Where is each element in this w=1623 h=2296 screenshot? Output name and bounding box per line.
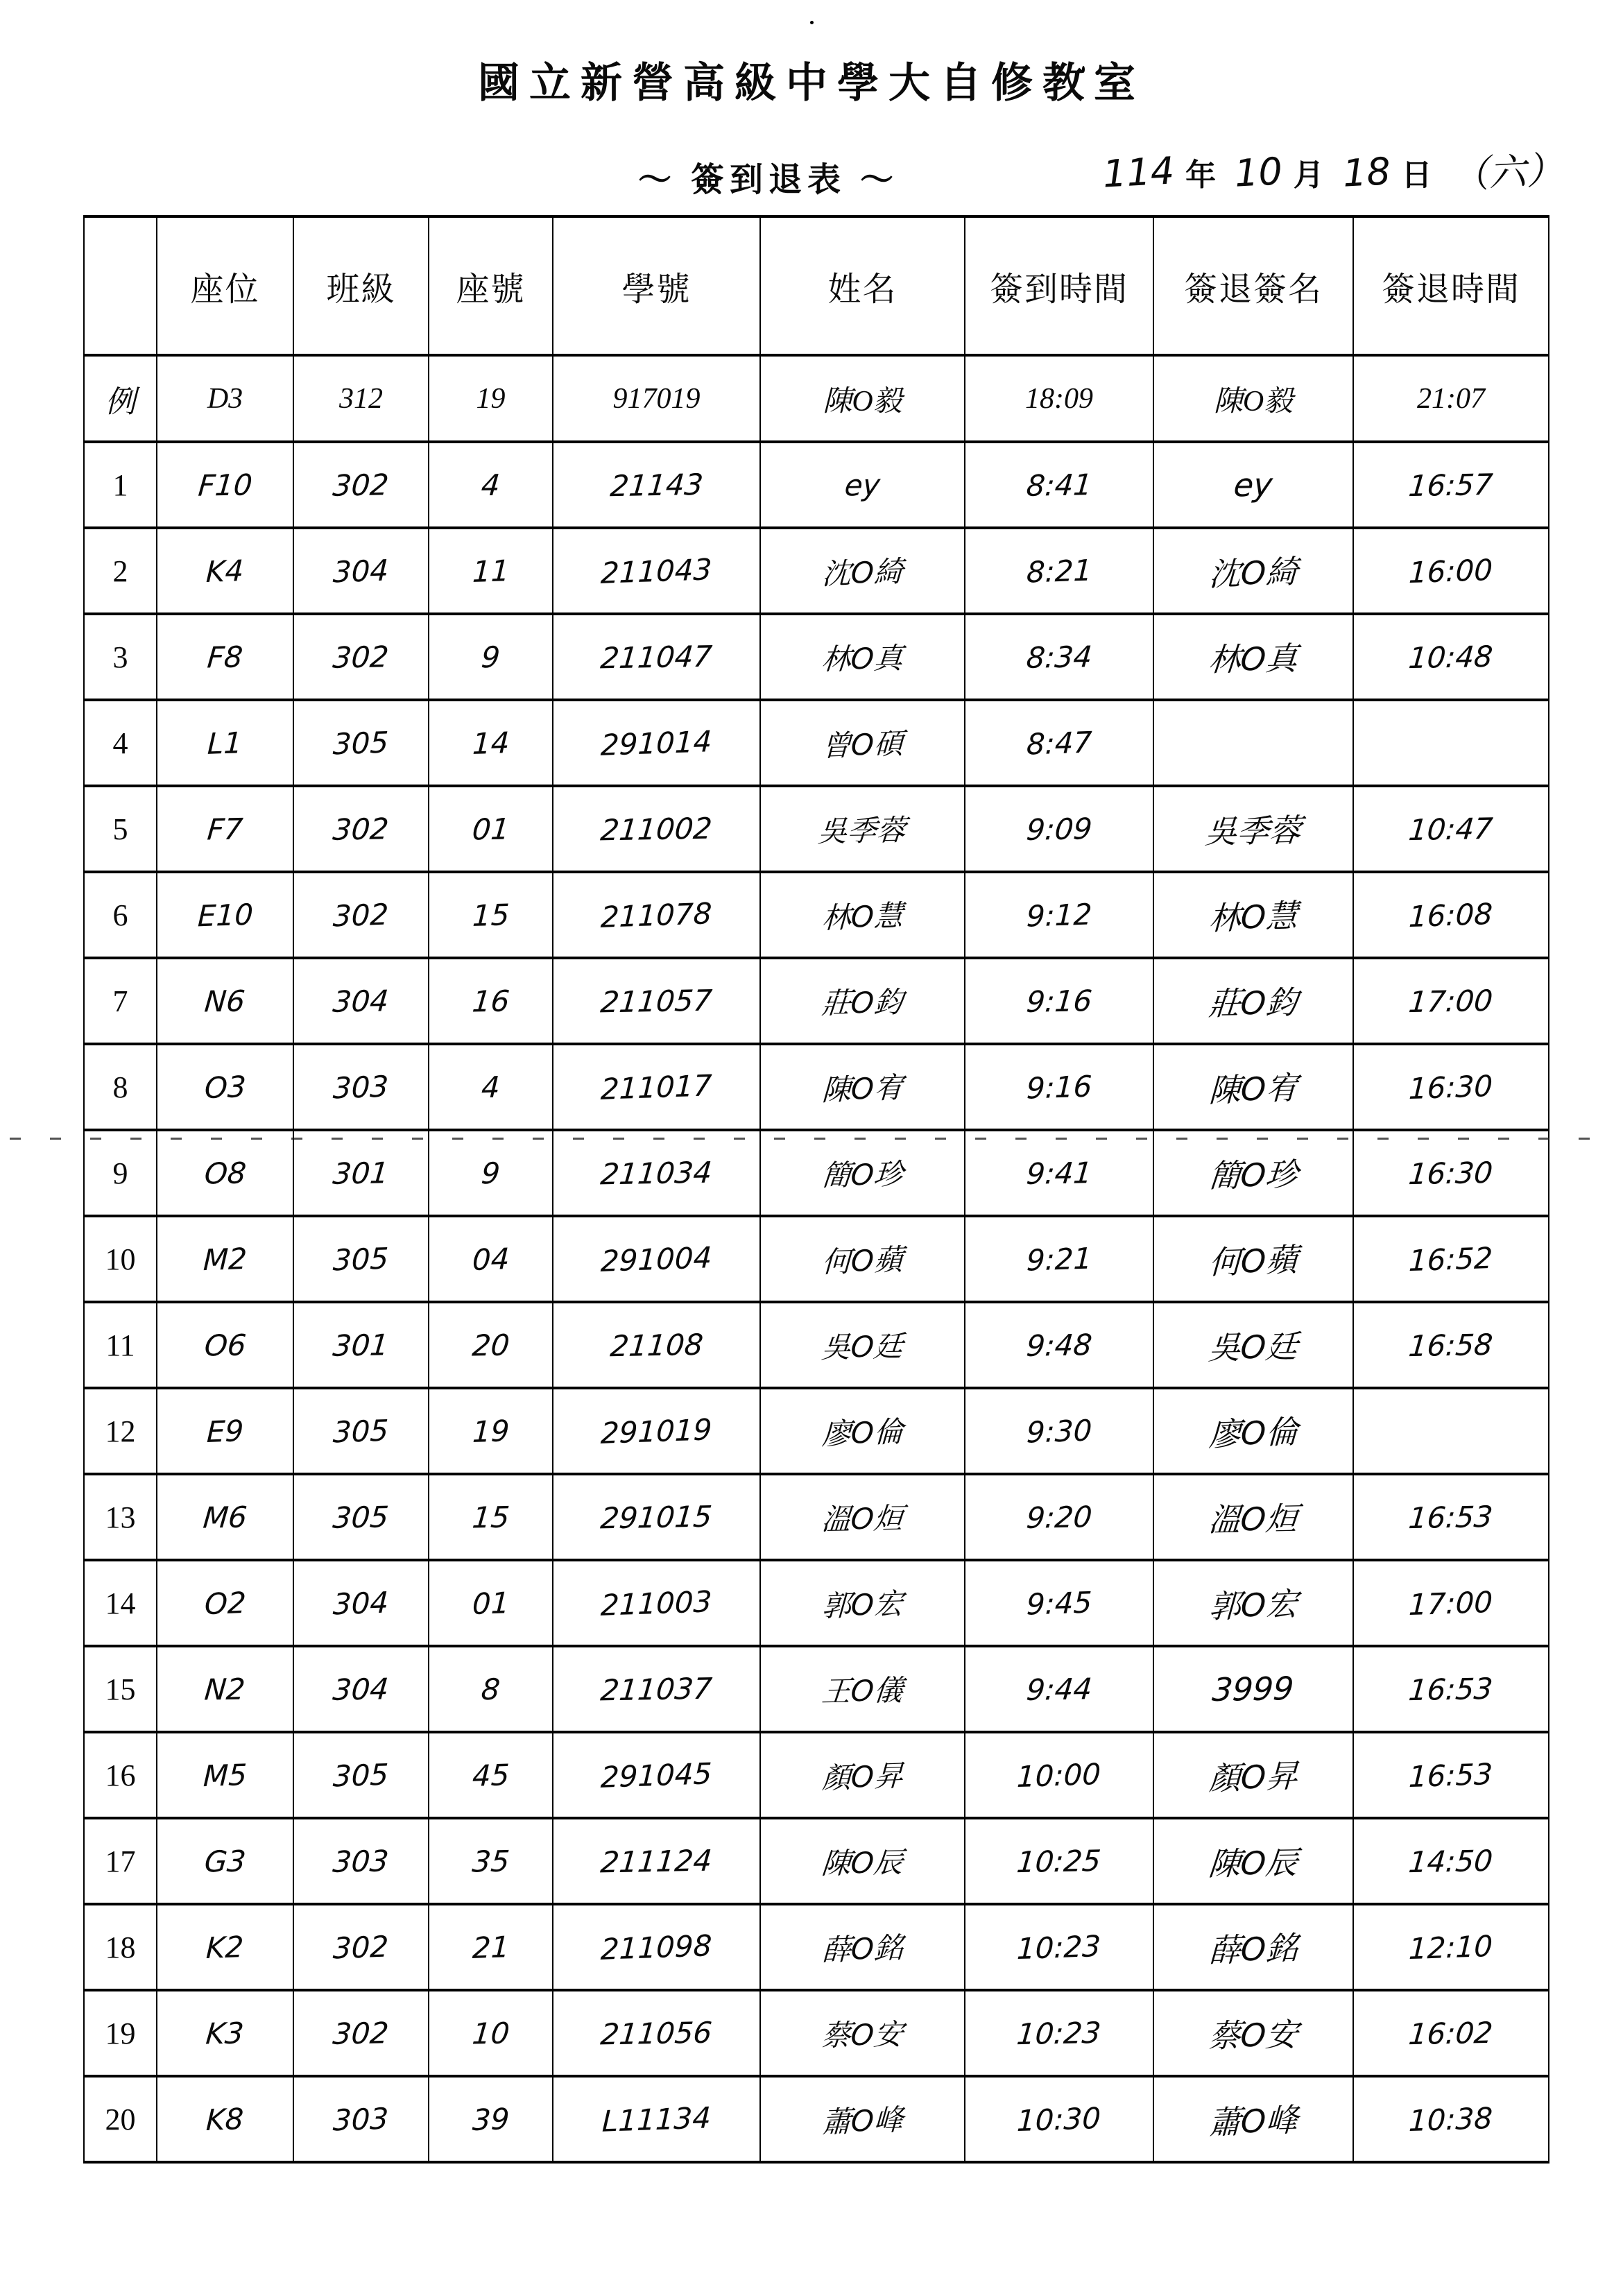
seat-no-cell: 10 <box>429 1990 553 2076</box>
class-cell: 304 <box>293 958 429 1044</box>
class-cell: 302 <box>293 786 429 872</box>
student-id-cell: 211124 <box>553 1818 760 1904</box>
seat-no-cell: 35 <box>429 1818 553 1904</box>
sign-out-signature-cell: 陳O辰 <box>1153 1818 1353 1904</box>
sign-in-time-cell: 9:44 <box>965 1646 1153 1732</box>
seat-cell: M2 <box>157 1216 293 1302</box>
sign-in-time-cell: 18:09 <box>965 355 1153 442</box>
name-cell: 莊O鈞 <box>760 958 965 1044</box>
header-class: 班級 <box>293 216 429 355</box>
table-row: 4 L1 305 14 291014 曾O碩 8:47 <box>84 700 1549 786</box>
sign-in-time-cell: 9:16 <box>965 958 1153 1044</box>
table-row: 12 E9 305 19 291019 廖O倫 9:30 廖O倫 <box>84 1388 1549 1474</box>
seat-no-cell: 01 <box>429 786 553 872</box>
header-name: 姓名 <box>760 216 965 355</box>
scan-speck <box>1082 66 1085 73</box>
seat-no-cell: 20 <box>429 1302 553 1388</box>
name-cell: 顏O昇 <box>760 1732 965 1818</box>
seat-cell: M6 <box>157 1474 293 1560</box>
class-cell: 305 <box>293 1216 429 1302</box>
scan-speck <box>810 21 814 24</box>
sign-in-time-cell: 8:34 <box>965 614 1153 700</box>
table-row: 8 O3 303 4 211017 陳O宥 9:16 陳O宥 16:30 <box>84 1044 1549 1130</box>
student-id-cell: 211017 <box>553 1044 760 1130</box>
seat-no-cell: 4 <box>429 442 553 528</box>
class-cell: 302 <box>293 1990 429 2076</box>
seat-cell: K3 <box>157 1990 293 2076</box>
seat-cell: L1 <box>157 700 293 786</box>
sign-out-time-cell: 16:53 <box>1353 1474 1549 1560</box>
sign-out-time-cell <box>1353 1388 1549 1474</box>
date-day-label: 日 <box>1402 158 1432 192</box>
sign-in-time-cell: 9:45 <box>965 1560 1153 1646</box>
sign-out-time-cell: 16:30 <box>1353 1130 1549 1216</box>
sign-out-time-cell: 16:00 <box>1353 528 1549 614</box>
sign-in-time-cell: 10:30 <box>965 2076 1153 2162</box>
sign-out-time-cell: 17:00 <box>1353 958 1549 1044</box>
row-number: 16 <box>84 1732 157 1818</box>
class-cell: 301 <box>293 1130 429 1216</box>
student-id-cell: 21108 <box>553 1302 760 1388</box>
seat-cell: N2 <box>157 1646 293 1732</box>
sign-out-time-cell: 10:47 <box>1353 786 1549 872</box>
seat-no-cell: 8 <box>429 1646 553 1732</box>
class-cell: 305 <box>293 1474 429 1560</box>
class-cell: 305 <box>293 700 429 786</box>
seat-no-cell: 15 <box>429 872 553 958</box>
table-row: 3 F8 302 9 211047 林O真 8:34 林O真 10:48 <box>84 614 1549 700</box>
sign-out-signature-cell: 莊O鈞 <box>1153 958 1353 1044</box>
student-id-cell: 211047 <box>553 614 760 700</box>
date-day: 18 <box>1341 149 1391 196</box>
sign-out-time-cell: 16:53 <box>1353 1646 1549 1732</box>
name-cell: 曾O碩 <box>760 700 965 786</box>
sign-out-signature-cell: 陳O宥 <box>1153 1044 1353 1130</box>
seat-no-cell: 9 <box>429 1130 553 1216</box>
student-id-cell: 211034 <box>553 1130 760 1216</box>
date-year: 114 <box>1101 148 1175 196</box>
row-number: 17 <box>84 1818 157 1904</box>
seat-no-cell: 11 <box>429 528 553 614</box>
student-id-cell: 917019 <box>553 355 760 442</box>
row-number: 9 <box>84 1130 157 1216</box>
name-cell: 何O蘋 <box>760 1216 965 1302</box>
row-number: 8 <box>84 1044 157 1130</box>
sign-out-time-cell: 10:38 <box>1353 2076 1549 2162</box>
seat-cell: K2 <box>157 1904 293 1990</box>
seat-no-cell: 45 <box>429 1732 553 1818</box>
class-cell: 303 <box>293 2076 429 2162</box>
row-number: 15 <box>84 1646 157 1732</box>
sign-out-time-cell: 14:50 <box>1353 1818 1549 1904</box>
student-id-cell: 211056 <box>553 1990 760 2076</box>
sign-out-signature-cell: 蕭O峰 <box>1153 2076 1353 2162</box>
row-number: 4 <box>84 700 157 786</box>
name-cell: 陳O宥 <box>760 1044 965 1130</box>
date-year-label: 年 <box>1185 158 1216 192</box>
seat-no-cell: 4 <box>429 1044 553 1130</box>
student-id-cell: 291015 <box>553 1474 760 1560</box>
sign-out-signature-cell: 薛O銘 <box>1153 1904 1353 1990</box>
sign-out-signature-cell: 廖O倫 <box>1153 1388 1353 1474</box>
row-number: 12 <box>84 1388 157 1474</box>
seat-no-cell: 16 <box>429 958 553 1044</box>
name-cell: ey <box>760 442 965 528</box>
row-number: 19 <box>84 1990 157 2076</box>
sign-out-signature-cell: 沈O綺 <box>1153 528 1353 614</box>
sign-in-time-cell: 8:41 <box>965 442 1153 528</box>
seat-no-cell: 19 <box>429 1388 553 1474</box>
table-row: 9 O8 301 9 211034 簡O珍 9:41 簡O珍 16:30 <box>84 1130 1549 1216</box>
name-cell: 林O真 <box>760 614 965 700</box>
sign-out-time-cell <box>1353 700 1549 786</box>
seat-cell: F7 <box>157 786 293 872</box>
sign-out-time-cell: 16:57 <box>1353 442 1549 528</box>
date-line: 114年 10月 18日 （六） <box>1096 143 1570 196</box>
date-month-label: 月 <box>1294 158 1324 192</box>
header-sign-out-time: 簽退時間 <box>1353 216 1549 355</box>
table-row: 19 K3 302 10 211056 蔡O安 10:23 蔡O安 16:02 <box>84 1990 1549 2076</box>
seat-cell: D3 <box>157 355 293 442</box>
sign-out-time-cell: 10:48 <box>1353 614 1549 700</box>
sign-in-time-cell: 9:16 <box>965 1044 1153 1130</box>
seat-cell: E10 <box>157 872 293 958</box>
table-row: 13 M6 305 15 291015 溫O烜 9:20 溫O烜 16:53 <box>84 1474 1549 1560</box>
name-cell: 溫O烜 <box>760 1474 965 1560</box>
table-header-row: 座位 班級 座號 學號 姓名 簽到時間 簽退簽名 簽退時間 <box>84 216 1549 355</box>
seat-no-cell: 19 <box>429 355 553 442</box>
sign-in-time-cell: 9:30 <box>965 1388 1153 1474</box>
name-cell: 薛O銘 <box>760 1904 965 1990</box>
row-number: 3 <box>84 614 157 700</box>
row-number: 2 <box>84 528 157 614</box>
class-cell: 301 <box>293 1302 429 1388</box>
sign-in-time-cell: 10:00 <box>965 1732 1153 1818</box>
seat-cell: F10 <box>157 442 293 528</box>
row-number: 10 <box>84 1216 157 1302</box>
seat-cell: G3 <box>157 1818 293 1904</box>
student-id-cell: 211043 <box>553 528 760 614</box>
header-student-id: 學號 <box>553 216 760 355</box>
sign-in-time-cell: 10:25 <box>965 1818 1153 1904</box>
sign-out-signature-cell: 顏O昇 <box>1153 1732 1353 1818</box>
student-id-cell: 211078 <box>553 872 760 958</box>
student-id-cell: 291019 <box>553 1388 760 1474</box>
seat-no-cell: 39 <box>429 2076 553 2162</box>
header-seat: 座位 <box>157 216 293 355</box>
seat-cell: E9 <box>157 1388 293 1474</box>
sign-out-time-cell: 16:52 <box>1353 1216 1549 1302</box>
class-cell: 302 <box>293 1904 429 1990</box>
name-cell: 蔡O安 <box>760 1990 965 2076</box>
sheet-subtitle: ～ 簽到退表 ～ <box>638 153 899 200</box>
header-seat-no: 座號 <box>429 216 553 355</box>
class-cell: 304 <box>293 1646 429 1732</box>
sign-out-signature-cell: 吳O廷 <box>1153 1302 1353 1388</box>
table-row: 5 F7 302 01 211002 吳季蓉 9:09 吳季蓉 10:47 <box>84 786 1549 872</box>
sign-in-time-cell: 10:23 <box>965 1904 1153 1990</box>
sign-in-time-cell: 8:47 <box>965 700 1153 786</box>
student-id-cell: 211057 <box>553 958 760 1044</box>
row-number: 20 <box>84 2076 157 2162</box>
sign-out-signature-cell: 林O真 <box>1153 614 1353 700</box>
class-cell: 302 <box>293 872 429 958</box>
row-number: 例 <box>84 355 157 442</box>
name-cell: 蕭O峰 <box>760 2076 965 2162</box>
row-number: 6 <box>84 872 157 958</box>
table-row: 16 M5 305 45 291045 顏O昇 10:00 顏O昇 16:53 <box>84 1732 1549 1818</box>
student-id-cell: L11134 <box>553 2076 760 2162</box>
header-sign-out-signature: 簽退簽名 <box>1153 216 1353 355</box>
row-number: 7 <box>84 958 157 1044</box>
student-id-cell: 211098 <box>553 1904 760 1990</box>
seat-cell: K4 <box>157 528 293 614</box>
seat-no-cell: 14 <box>429 700 553 786</box>
seat-no-cell: 15 <box>429 1474 553 1560</box>
table-row: 6 E10 302 15 211078 林O慧 9:12 林O慧 16:08 <box>84 872 1549 958</box>
seat-no-cell: 9 <box>429 614 553 700</box>
sign-in-time-cell: 9:12 <box>965 872 1153 958</box>
seat-cell: M5 <box>157 1732 293 1818</box>
table-row: 20 K8 303 39 L11134 蕭O峰 10:30 蕭O峰 10:38 <box>84 2076 1549 2162</box>
class-cell: 303 <box>293 1044 429 1130</box>
sign-out-time-cell: 16:02 <box>1353 1990 1549 2076</box>
table-row: 11 O6 301 20 21108 吳O廷 9:48 吳O廷 16:58 <box>84 1302 1549 1388</box>
sign-out-signature-cell <box>1153 700 1353 786</box>
class-cell: 312 <box>293 355 429 442</box>
example-row: 例 D3 312 19 917019 陳O毅 18:09 陳O毅 21:07 <box>84 355 1549 442</box>
student-id-cell: 211002 <box>553 786 760 872</box>
student-id-cell: 211003 <box>553 1560 760 1646</box>
seat-cell: N6 <box>157 958 293 1044</box>
class-cell: 303 <box>293 1818 429 1904</box>
name-cell: 簡O珍 <box>760 1130 965 1216</box>
name-cell: 陳O毅 <box>760 355 965 442</box>
sign-in-time-cell: 9:09 <box>965 786 1153 872</box>
name-cell: 沈O綺 <box>760 528 965 614</box>
row-number: 1 <box>84 442 157 528</box>
sign-out-time-cell: 17:00 <box>1353 1560 1549 1646</box>
sign-out-signature-cell: 林O慧 <box>1153 872 1353 958</box>
name-cell: 陳O辰 <box>760 1818 965 1904</box>
student-id-cell: 21143 <box>553 442 760 528</box>
name-cell: 林O慧 <box>760 872 965 958</box>
table-row: 2 K4 304 11 211043 沈O綺 8:21 沈O綺 16:00 <box>84 528 1549 614</box>
student-id-cell: 291004 <box>553 1216 760 1302</box>
seat-cell: O8 <box>157 1130 293 1216</box>
table-row: 18 K2 302 21 211098 薛O銘 10:23 薛O銘 12:10 <box>84 1904 1549 1990</box>
student-id-cell: 291045 <box>553 1732 760 1818</box>
class-cell: 302 <box>293 614 429 700</box>
header-blank <box>84 216 157 355</box>
seat-cell: O2 <box>157 1560 293 1646</box>
sign-in-out-table: 座位 班級 座號 學號 姓名 簽到時間 簽退簽名 簽退時間 例 D3 312 1… <box>83 215 1549 2164</box>
sign-out-time-cell: 21:07 <box>1353 355 1549 442</box>
seat-no-cell: 21 <box>429 1904 553 1990</box>
sign-out-time-cell: 16:08 <box>1353 872 1549 958</box>
page-title: 國立新營高級中學大自修教室 <box>0 50 1623 110</box>
seat-cell: O3 <box>157 1044 293 1130</box>
class-cell: 305 <box>293 1732 429 1818</box>
seat-cell: K8 <box>157 2076 293 2162</box>
sign-in-time-cell: 9:20 <box>965 1474 1153 1560</box>
sign-in-time-cell: 9:48 <box>965 1302 1153 1388</box>
table-row: 17 G3 303 35 211124 陳O辰 10:25 陳O辰 14:50 <box>84 1818 1549 1904</box>
seat-no-cell: 01 <box>429 1560 553 1646</box>
date-month: 10 <box>1233 149 1283 196</box>
row-number: 5 <box>84 786 157 872</box>
sign-out-signature-cell: ey <box>1153 442 1353 528</box>
row-number: 11 <box>84 1302 157 1388</box>
sign-in-time-cell: 9:21 <box>965 1216 1153 1302</box>
date-weekday: （六） <box>1450 140 1565 199</box>
table-row: 1 F10 302 4 21143 ey 8:41 ey 16:57 <box>84 442 1549 528</box>
sign-in-time-cell: 8:21 <box>965 528 1153 614</box>
sign-out-time-cell: 16:30 <box>1353 1044 1549 1130</box>
table-row: 14 O2 304 01 211003 郭O宏 9:45 郭O宏 17:00 <box>84 1560 1549 1646</box>
sign-in-time-cell: 10:23 <box>965 1990 1153 2076</box>
seat-cell: F8 <box>157 614 293 700</box>
name-cell: 吳O廷 <box>760 1302 965 1388</box>
sign-in-time-cell: 9:41 <box>965 1130 1153 1216</box>
class-cell: 304 <box>293 1560 429 1646</box>
class-cell: 302 <box>293 442 429 528</box>
table-row: 10 M2 305 04 291004 何O蘋 9:21 何O蘋 16:52 <box>84 1216 1549 1302</box>
table-row: 7 N6 304 16 211057 莊O鈞 9:16 莊O鈞 17:00 <box>84 958 1549 1044</box>
table-row: 15 N2 304 8 211037 王O儀 9:44 3999 16:53 <box>84 1646 1549 1732</box>
sign-out-signature-cell: 3999 <box>1153 1646 1353 1732</box>
sign-out-signature-cell: 郭O宏 <box>1153 1560 1353 1646</box>
class-cell: 304 <box>293 528 429 614</box>
row-number: 18 <box>84 1904 157 1990</box>
sign-out-signature-cell: 蔡O安 <box>1153 1990 1353 2076</box>
name-cell: 吳季蓉 <box>760 786 965 872</box>
row-number: 13 <box>84 1474 157 1560</box>
sign-out-time-cell: 12:10 <box>1353 1904 1549 1990</box>
row-number: 14 <box>84 1560 157 1646</box>
sign-out-signature-cell: 簡O珍 <box>1153 1130 1353 1216</box>
seat-cell: O6 <box>157 1302 293 1388</box>
student-id-cell: 291014 <box>553 700 760 786</box>
name-cell: 王O儀 <box>760 1646 965 1732</box>
sign-out-signature-cell: 陳O毅 <box>1153 355 1353 442</box>
seat-no-cell: 04 <box>429 1216 553 1302</box>
sign-out-signature-cell: 何O蘋 <box>1153 1216 1353 1302</box>
sign-out-signature-cell: 溫O烜 <box>1153 1474 1353 1560</box>
sign-out-signature-cell: 吳季蓉 <box>1153 786 1353 872</box>
name-cell: 郭O宏 <box>760 1560 965 1646</box>
sign-out-time-cell: 16:58 <box>1353 1302 1549 1388</box>
student-id-cell: 211037 <box>553 1646 760 1732</box>
sign-out-time-cell: 16:53 <box>1353 1732 1549 1818</box>
header-sign-in-time: 簽到時間 <box>965 216 1153 355</box>
class-cell: 305 <box>293 1388 429 1474</box>
name-cell: 廖O倫 <box>760 1388 965 1474</box>
scan-artifact-dashed-line <box>10 1138 1613 1140</box>
